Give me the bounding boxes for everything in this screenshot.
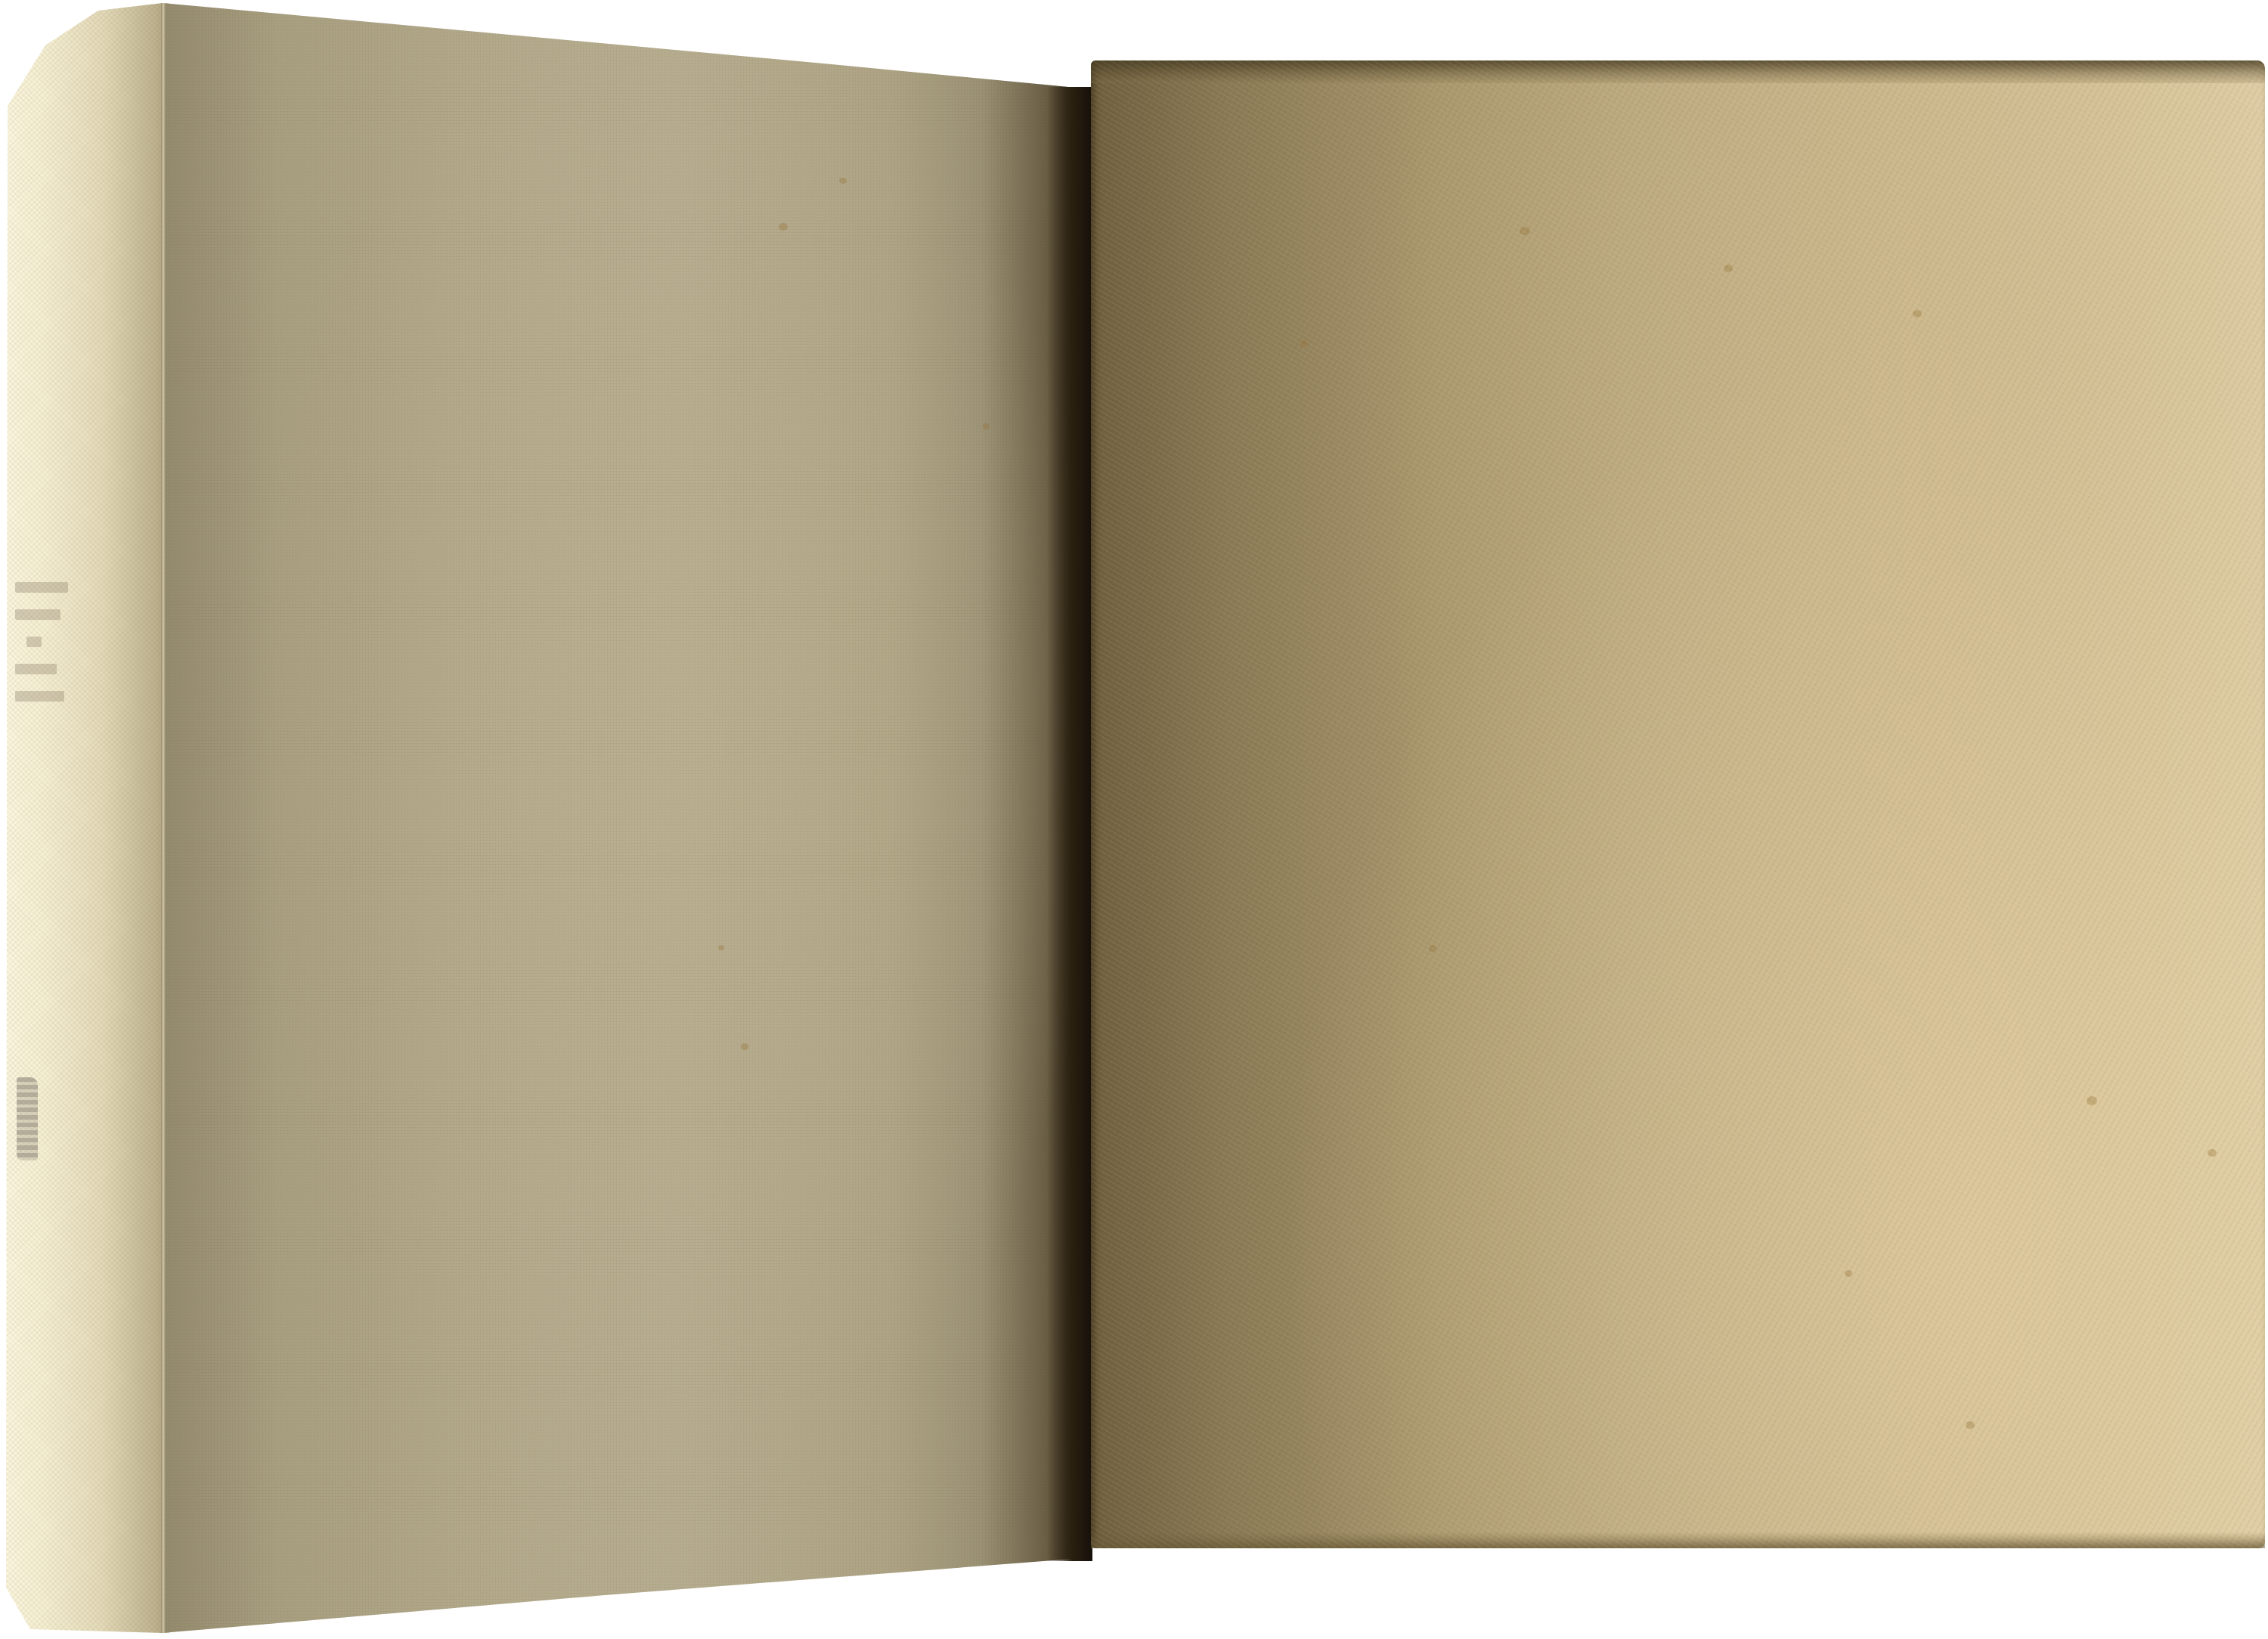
foxing-spot xyxy=(1300,340,1308,347)
book-front-cover xyxy=(166,0,1092,1639)
book-spine xyxy=(0,0,170,1639)
foxing-spot xyxy=(2087,1096,2097,1105)
foxing-spot xyxy=(1520,227,1530,235)
foxing-spot xyxy=(839,178,847,184)
foxing-spot xyxy=(718,945,724,950)
foxing-spot xyxy=(1724,265,1733,272)
spine-line xyxy=(15,691,64,702)
foxing-spot xyxy=(983,423,989,429)
foxing-spot xyxy=(741,1043,748,1050)
spine-line xyxy=(15,664,57,674)
spine-emblem-icon xyxy=(17,1077,38,1160)
photo-scene: ​ xyxy=(0,0,2268,1639)
foxing-spot xyxy=(1429,945,1436,952)
foxing-spot xyxy=(1966,1421,1975,1429)
foxing-spot xyxy=(1913,310,1922,318)
foxing-spot xyxy=(2208,1149,2217,1157)
slipcase-bottom-edge xyxy=(1091,1532,2265,1548)
book: ​ xyxy=(0,0,1092,1639)
foxing-spot xyxy=(1845,1270,1852,1277)
slipcase xyxy=(1091,60,2265,1548)
spine-line xyxy=(26,637,42,647)
shadow-gap xyxy=(1047,87,1092,1561)
foxing-spot xyxy=(779,223,788,231)
spine-text-block-faded xyxy=(15,582,76,779)
spine-line xyxy=(15,609,60,620)
spine-line xyxy=(15,582,68,593)
slipcase-top-edge xyxy=(1091,60,2265,83)
